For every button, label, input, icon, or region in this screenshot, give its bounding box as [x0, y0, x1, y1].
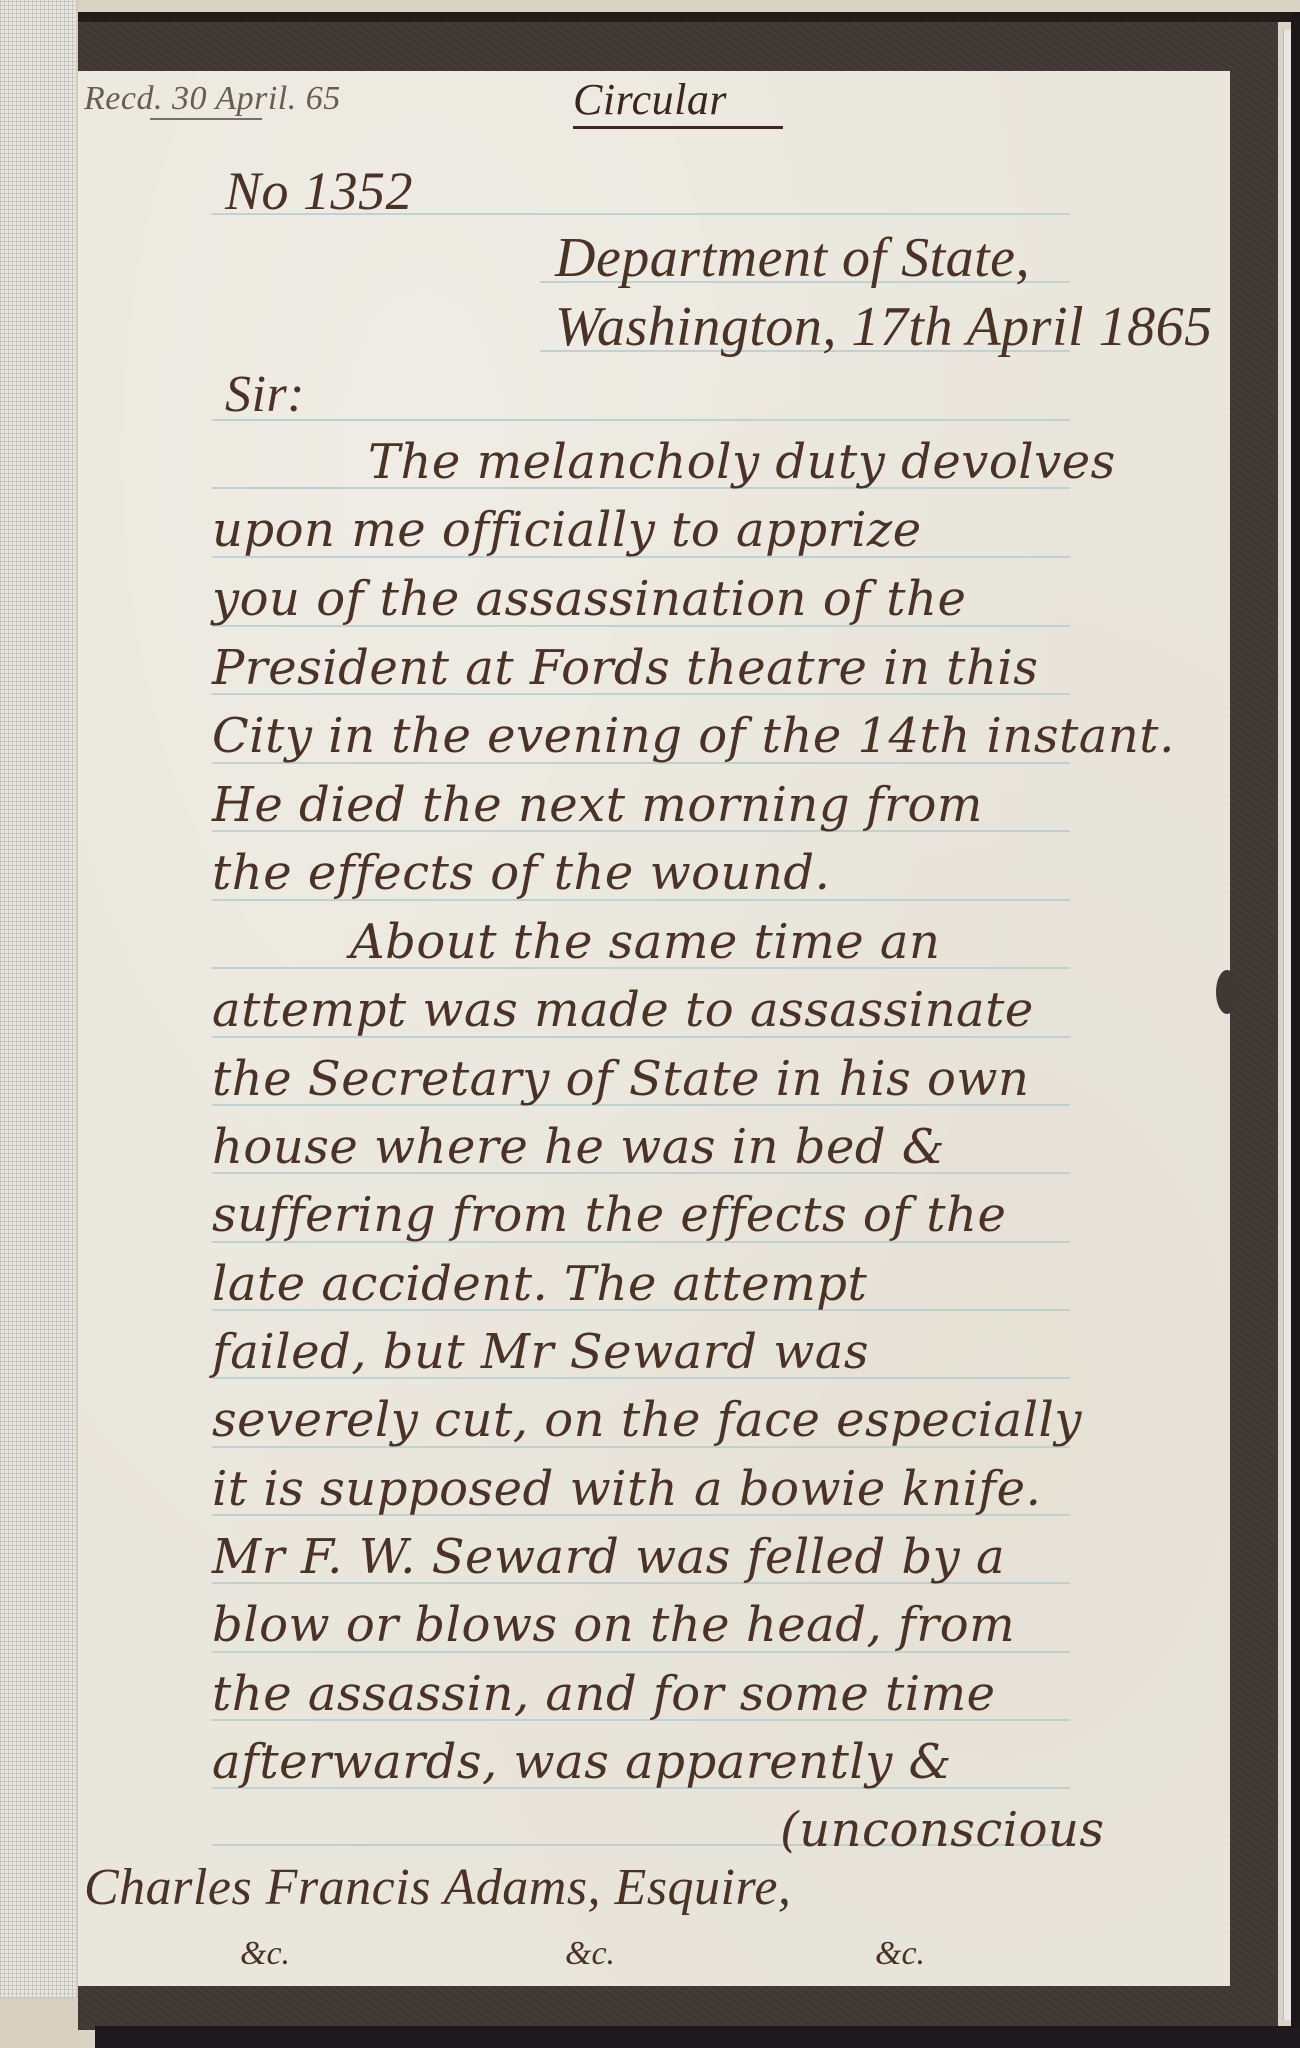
- body-line: the assassin, and for some time: [212, 1666, 996, 1722]
- mat-bottom-band: [95, 2026, 1300, 2048]
- received-note-underline: [150, 118, 262, 120]
- linen-hinge-strip: [0, 0, 78, 1998]
- addressee: Charles Francis Adams, Esquire,: [84, 1858, 791, 1917]
- received-note: Recd. 30 April. 65: [84, 80, 341, 118]
- body-line: blow or blows on the head, from: [212, 1597, 1015, 1653]
- body-line: it is supposed with a bowie knife.: [212, 1461, 1041, 1517]
- addressee-etc-mark: &c.: [875, 1935, 925, 1973]
- body-line: The melancholy duty devolves: [368, 434, 1116, 490]
- mat-right-outer: [1291, 12, 1300, 2048]
- document-number: No 1352: [225, 160, 413, 222]
- ruled-line: [212, 419, 1070, 421]
- mat-top-band: [78, 12, 1298, 22]
- body-line: failed, but Mr Seward was: [212, 1324, 869, 1380]
- body-line: He died the next morning from: [212, 777, 983, 833]
- body-line: the effects of the wound.: [212, 845, 830, 901]
- dateline-date: Washington, 17th April 1865: [555, 295, 1213, 359]
- body-line: City in the evening of the 14th instant.: [212, 708, 1175, 764]
- body-line: About the same time an: [350, 914, 940, 970]
- body-line: suffering from the effects of the: [212, 1187, 1006, 1243]
- body-line: upon me officially to apprize: [212, 502, 922, 558]
- body-line: the Secretary of State in his own: [212, 1051, 1029, 1107]
- circular-heading: Circular: [573, 74, 727, 125]
- background-corner: [0, 1998, 80, 2048]
- body-line: afterwards, was apparently &: [212, 1734, 952, 1790]
- body-line: you of the assassination of the: [212, 571, 966, 627]
- body-line: severely cut, on the face especially: [212, 1392, 1082, 1448]
- body-line: house where he was in bed &: [212, 1119, 945, 1175]
- body-line: attempt was made to assassinate: [212, 982, 1034, 1038]
- circular-underline: [573, 126, 783, 129]
- body-line: Mr F. W. Seward was felled by a: [212, 1529, 1005, 1585]
- body-line: late accident. The attempt: [212, 1256, 867, 1312]
- dateline-department: Department of State,: [555, 226, 1030, 290]
- body-line-continuation: (unconscious: [780, 1802, 1105, 1858]
- addressee-etc-mark: &c.: [240, 1935, 290, 1973]
- salutation: Sir:: [225, 365, 305, 424]
- addressee-etc-mark: &c.: [565, 1935, 615, 1973]
- paper-tear: [1216, 970, 1238, 1014]
- body-line: President at Fords theatre in this: [212, 640, 1038, 696]
